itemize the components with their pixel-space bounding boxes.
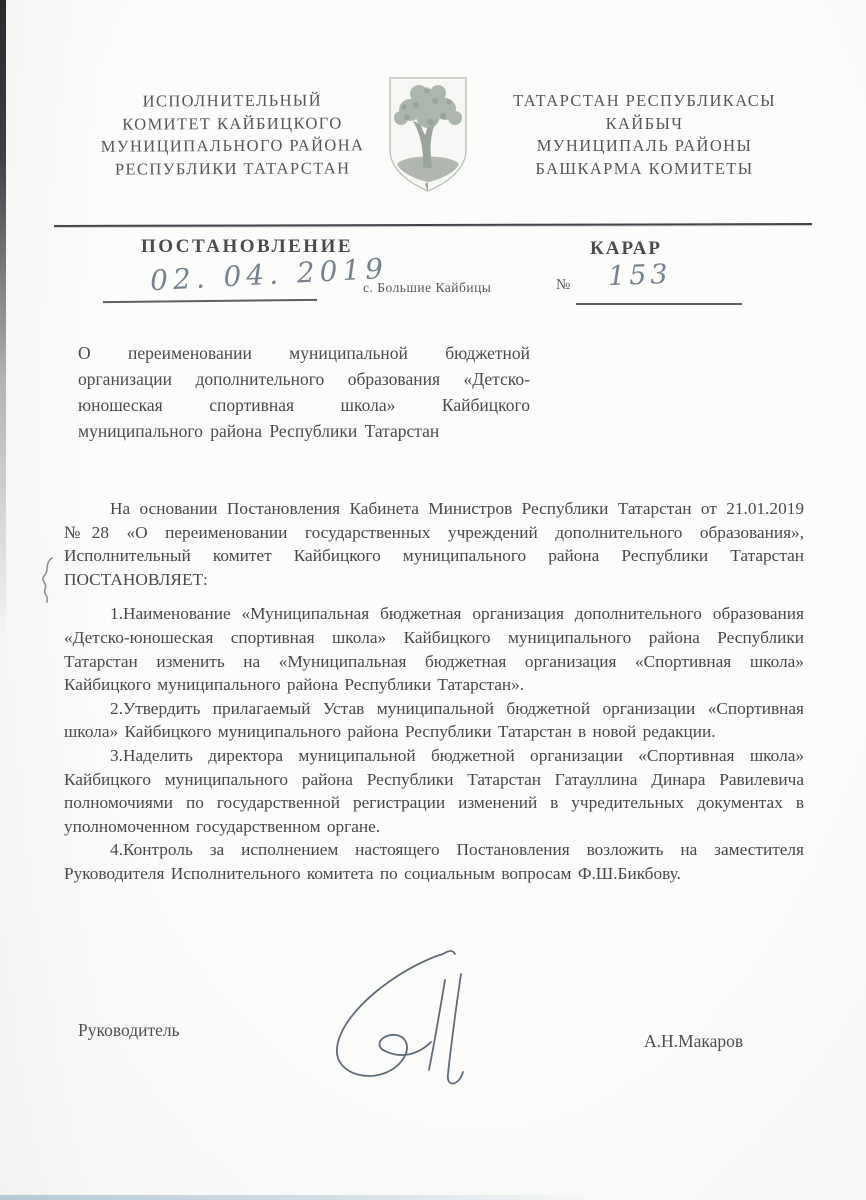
date-underline — [103, 299, 317, 303]
number-underline — [576, 303, 742, 305]
subject-paragraph: О переименовании муниципальной бюджетной… — [78, 340, 530, 444]
body-paragraph: 3.Наделить директора муниципальной бюдже… — [64, 744, 804, 838]
org-right-line: МУНИЦИПАЛЬ РАЙОНЫ — [487, 135, 802, 158]
margin-pen-mark-icon — [36, 556, 60, 604]
scan-edge-artifact-left — [0, 0, 6, 640]
org-right-line: БАШКАРМА КОМИТЕТЫ — [487, 158, 802, 181]
doc-type-title-tt: КАРАР — [590, 238, 662, 260]
org-right-line: КАЙБЫЧ — [487, 113, 802, 136]
number-sign-label: № — [556, 277, 570, 294]
org-left-line: КОМИТЕТ КАЙБИЦКОГО — [85, 112, 380, 136]
org-right-line: ТАТАРСТАН РЕСПУБЛИКАСЫ — [487, 90, 802, 113]
signature-icon — [293, 948, 525, 1100]
signer-name: А.Н.Макаров — [644, 1031, 743, 1052]
org-left-line: ИСПОЛНИТЕЛЬНЫЙ — [85, 89, 380, 113]
document-body: На основании Постановления Кабинета Мини… — [64, 497, 804, 886]
header-rule — [54, 223, 812, 227]
handwritten-date: 02. 04. 2019 — [149, 252, 389, 297]
place-label: с. Большие Кайбицы — [363, 280, 491, 296]
body-paragraph: 1.Наименование «Муниципальная бюджетная … — [64, 602, 804, 696]
body-paragraph: На основании Постановления Кабинета Мини… — [64, 497, 804, 591]
coat-of-arms-icon — [383, 74, 473, 196]
signer-position-label: Руководитель — [78, 1020, 180, 1041]
body-paragraph: 2.Утвердить прилагаемый Устав муниципаль… — [64, 697, 804, 744]
org-name-russian: ИСПОЛНИТЕЛЬНЫЙ КОМИТЕТ КАЙБИЦКОГО МУНИЦИ… — [85, 89, 380, 181]
body-paragraph: 4.Контроль за исполнением настоящего Пос… — [64, 838, 804, 885]
scan-edge-artifact-bottom — [0, 1195, 600, 1200]
org-name-tatar: ТАТАРСТАН РЕСПУБЛИКАСЫ КАЙБЫЧ МУНИЦИПАЛЬ… — [487, 90, 802, 180]
handwritten-number: 153 — [607, 259, 672, 292]
org-left-line: РЕСПУБЛИКИ ТАТАРСТАН — [85, 157, 380, 181]
org-left-line: МУНИЦИПАЛЬНОГО РАЙОНА — [85, 134, 380, 158]
scanned-document-page: ИСПОЛНИТЕЛЬНЫЙ КОМИТЕТ КАЙБИЦКОГО МУНИЦИ… — [0, 0, 866, 1200]
